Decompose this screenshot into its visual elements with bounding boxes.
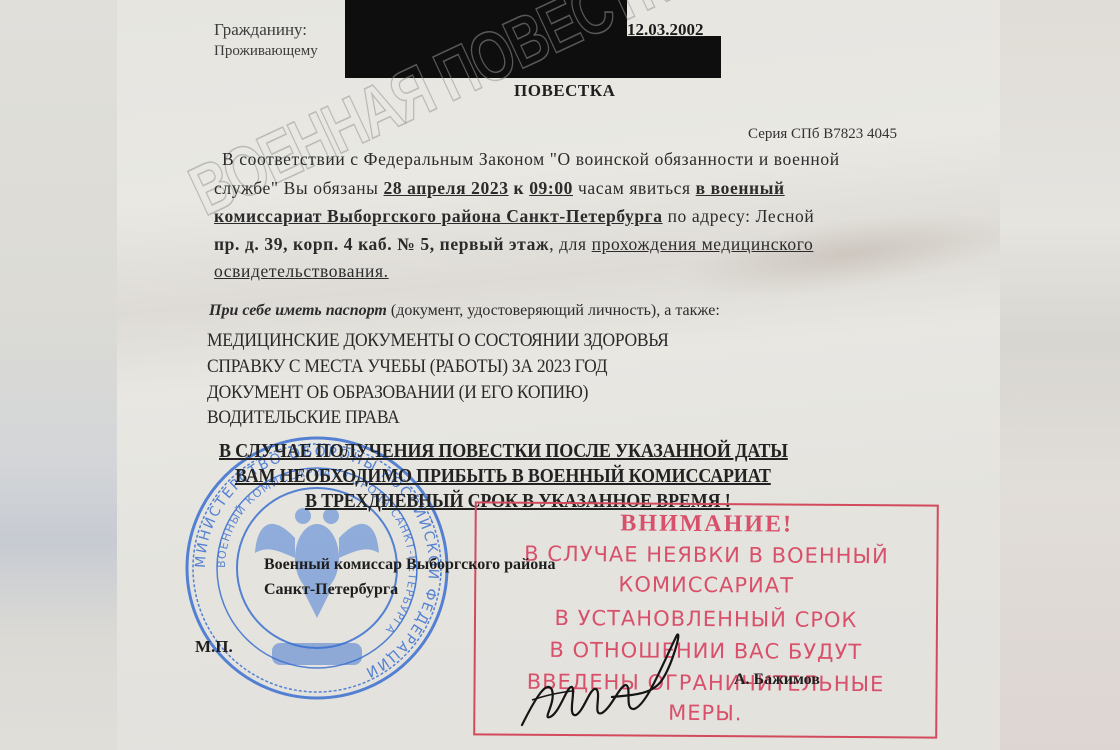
appearance-date: 28 апреля 2023 bbox=[384, 178, 509, 198]
recipient-label: Гражданину: bbox=[214, 20, 307, 40]
signatory-title: Военный комиссар Выборгского района bbox=[264, 556, 555, 574]
requirement-item: МЕДИЦИНСКИЕ ДОКУМЕНТЫ О СОСТОЯНИИ ЗДОРОВ… bbox=[207, 330, 668, 352]
requirement-item: СПРАВКУ С МЕСТА УЧЕБЫ (РАБОТЫ) ЗА 2023 Г… bbox=[207, 356, 607, 378]
blurred-background-left bbox=[0, 0, 117, 750]
commissariat-name: комиссариат Выборгского района Санкт-Пет… bbox=[214, 206, 663, 226]
body-line-1: В соответствии с Федеральным Законом "О … bbox=[222, 149, 840, 170]
appearance-time: 09:00 bbox=[529, 178, 573, 198]
body-line-4: пр. д. 39, корп. 4 каб. № 5, первый этаж… bbox=[214, 234, 813, 255]
signatory-name: А. Бажимов bbox=[734, 671, 820, 689]
red-stamp-line: КОМИССАРИАТ bbox=[476, 571, 936, 598]
requirements-intro: При себе иметь паспорт (документ, удосто… bbox=[209, 302, 720, 320]
seal-label: М.П. bbox=[195, 637, 233, 657]
warning-line-1: В СЛУЧАЕ ПОЛУЧЕНИЯ ПОВЕСТКИ ПОСЛЕ УКАЗАН… bbox=[219, 440, 788, 463]
warning-line-2: ВАМ НЕОБХОДИМО ПРИБЫТЬ В ВОЕННЫЙ КОМИССА… bbox=[235, 465, 771, 488]
red-stamp-heading: ВНИМАНИЕ! bbox=[477, 509, 937, 539]
requirement-item: ДОКУМЕНТ ОБ ОБРАЗОВАНИИ (И ЕГО КОПИЮ) bbox=[207, 382, 588, 404]
series-number: Серия СПб В7823 4045 bbox=[748, 126, 897, 143]
address: пр. д. 39, корп. 4 каб. № 5, первый этаж bbox=[214, 234, 549, 254]
signatory-city: Санкт-Петербурга bbox=[264, 581, 398, 599]
body-line-2: службе" Вы обязаны 28 апреля 2023 к 09:0… bbox=[214, 178, 785, 199]
blurred-background-right bbox=[1000, 0, 1120, 750]
body-line-3: комиссариат Выборгского района Санкт-Пет… bbox=[214, 206, 814, 227]
residence-label: Проживающему bbox=[214, 43, 318, 60]
summons-document: Гражданину: Проживающему 12.03.2002 ПОВЕ… bbox=[117, 0, 1000, 750]
body-line-5: освидетельствования. bbox=[214, 261, 389, 282]
requirement-item: ВОДИТЕЛЬСКИЕ ПРАВА bbox=[207, 407, 399, 429]
handwritten-signature bbox=[512, 625, 702, 735]
